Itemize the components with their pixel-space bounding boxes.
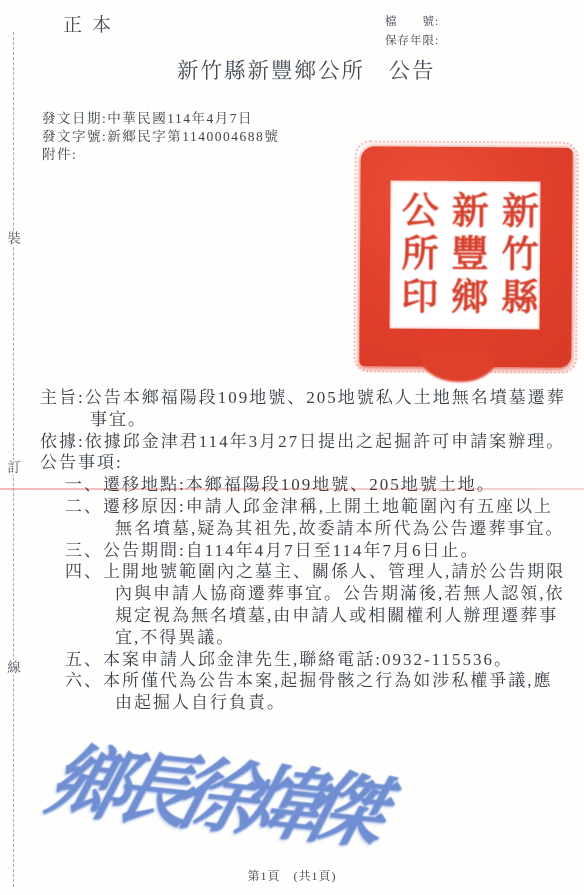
retention-period-label: 保存年限: bbox=[385, 32, 439, 51]
body-line-item5: 五、本案申請人邱金津先生,聯絡電話:0932-115536。 bbox=[40, 649, 576, 671]
body-line-item4-1: 四、上開地號範圍內之墓主、關係人、管理人,請於公告期限 bbox=[40, 561, 576, 583]
seal-column-middle: 新豐鄉 bbox=[439, 181, 490, 329]
page-footer: 第1頁 (共1頁) bbox=[0, 867, 584, 884]
copy-type-label: 正本 bbox=[63, 10, 121, 37]
body-line-subject-1: 主旨:公告本鄉福陽段109地號、205地號私人土地無名墳墓遷葬 bbox=[40, 387, 576, 409]
binding-mark-ding: 訂 bbox=[6, 460, 22, 475]
meta-block: 發文日期:中華民國114年4月7日 發文字號:新鄉民字第1140004688號 … bbox=[42, 110, 279, 165]
binding-mark-xian: 線 bbox=[6, 660, 22, 675]
body-line-item4-2: 內與申請人協商遷葬事宜。公告期滿後,若無人認領,依 bbox=[40, 583, 576, 605]
body-line-item4-4: 宜,不得異議。 bbox=[40, 627, 576, 649]
body-line-item3: 三、公告期間:自114年4月7日至114年7月6日止。 bbox=[40, 540, 576, 562]
seal-column-right: 新竹縣 bbox=[489, 181, 540, 329]
body-line-item2-1: 二、遷移原因:申請人邱金津稱,上開土地範圍內有五座以上 bbox=[40, 496, 576, 518]
official-seal-stamp: 新竹縣 新豐鄉 公所印 bbox=[359, 146, 573, 367]
document-page: 裝 訂 線 正本 檔 號: 保存年限: 新竹縣新豐鄉公所 公告 發文日期:中華民… bbox=[0, 0, 584, 895]
document-title: 新竹縣新豐鄉公所 公告 bbox=[177, 54, 436, 85]
body-line-items-header: 公告事項: bbox=[40, 452, 576, 474]
body-line-item1: 一、遷移地點:本鄉福陽段109地號、205地號土地。 bbox=[40, 474, 576, 496]
file-number-label: 檔 號: bbox=[385, 13, 439, 32]
seal-column-left: 公所印 bbox=[389, 180, 440, 328]
body-line-basis: 依據:依據邱金津君114年3月27日提出之起掘許可申請案辦理。 bbox=[40, 431, 576, 453]
body-line-item4-3: 規定視為無名墳墓,由申請人或相關權利人辦理遷葬事 bbox=[40, 605, 576, 627]
announcement-body: 主旨:公告本鄉福陽段109地號、205地號私人土地無名墳墓遷葬 事宜。 依據:依… bbox=[40, 387, 576, 714]
body-line-item6-1: 六、本所僅代為公告本案,起掘骨骸之行為如涉私權爭議,應 bbox=[40, 670, 576, 692]
file-info-block: 檔 號: 保存年限: bbox=[385, 13, 439, 51]
body-line-item6-2: 由起掘人自行負責。 bbox=[40, 692, 576, 714]
attachment-line: 附件: bbox=[42, 146, 279, 164]
binding-mark-zhuang: 裝 bbox=[6, 231, 22, 246]
body-line-subject-2: 事宜。 bbox=[40, 409, 576, 431]
seal-text: 新竹縣 新豐鄉 公所印 bbox=[389, 180, 540, 329]
mayor-signature-stamp: 鄉長徐煒傑 bbox=[38, 716, 384, 862]
issue-date-line: 發文日期:中華民國114年4月7日 bbox=[42, 110, 279, 128]
doc-number-line: 發文字號:新鄉民字第1140004688號 bbox=[42, 128, 279, 146]
body-line-item2-2: 無名墳墓,疑為其祖先,故委請本所代為公告遷葬事宜。 bbox=[40, 518, 576, 540]
seal-inner-area: 新竹縣 新豐鄉 公所印 bbox=[389, 180, 540, 329]
